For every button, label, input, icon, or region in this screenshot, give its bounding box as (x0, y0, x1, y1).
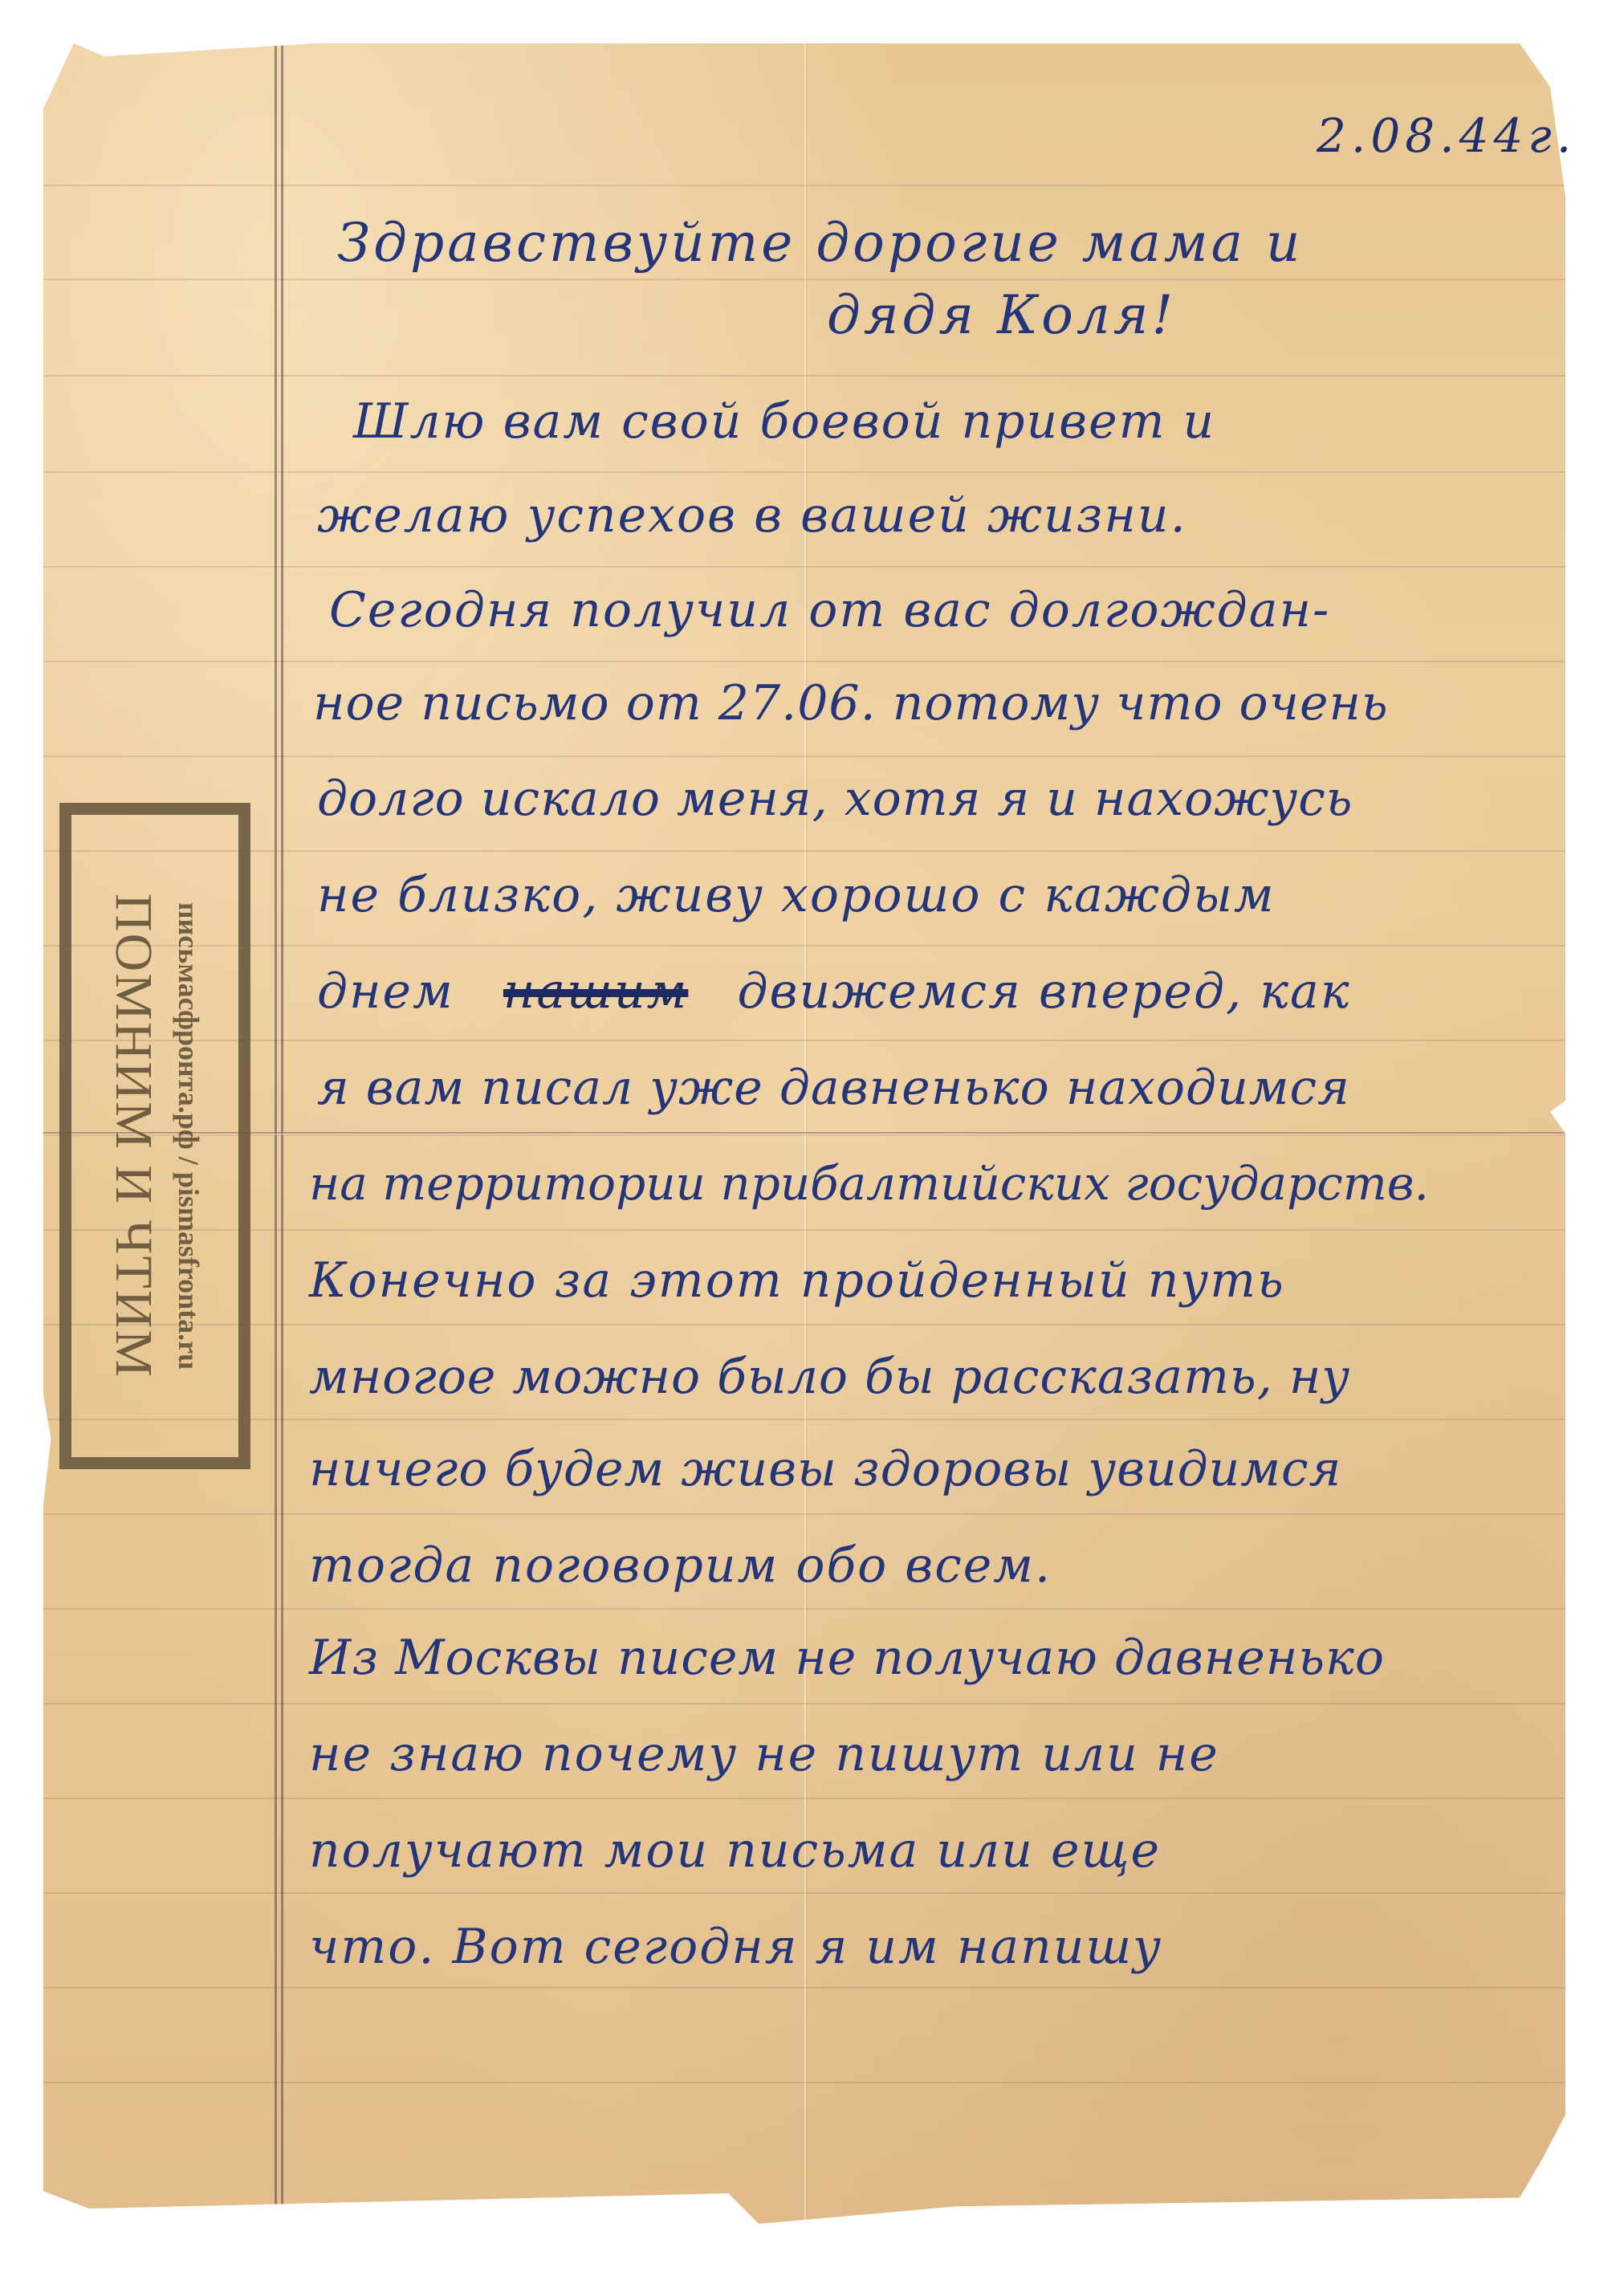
watermark-url: письмасфронта.рф / pismasfronta.ru (174, 902, 203, 1370)
letter-line: тогда поговорим обо всем. (309, 1541, 1052, 1590)
letter-line: многое можно было бы рассказать, ну (309, 1353, 1350, 1401)
letter-line: получают мои письма или еще (309, 1826, 1161, 1875)
letter-line: Сегодня получил от вас долгождан- (329, 586, 1330, 634)
letter-words: движемся вперед, как (738, 963, 1351, 1020)
letter-line: не близко, живу хорошо с каждым (317, 871, 1276, 919)
letter-line: Конечно за этот пройденный путь (309, 1256, 1285, 1305)
horizontal-fold-tear (43, 1132, 1565, 1135)
letter-line: ное письмо от 27.06. потому что очень (313, 679, 1389, 727)
letter-line: я вам писал уже давненько находимся (317, 1064, 1350, 1112)
letter-line: Из Москвы писем не получаю давненько (309, 1634, 1385, 1682)
letter-line: днем нашим движемся вперед, как (317, 967, 1351, 1016)
letter-date: 2.08.44г. (1317, 108, 1576, 163)
letter-line: на территории прибалтийских государств. (309, 1160, 1429, 1207)
letter-line: Шлю вам свой боевой привет и (353, 397, 1215, 446)
scanned-letter: 2.08.44г. Здравствуйте дорогие мама и дя… (0, 0, 1624, 2272)
salutation-line-1: Здравствуйте дорогие мама и (337, 217, 1303, 270)
watermark-title: ПОМНИМ И ЧТИМ (107, 894, 160, 1378)
salutation-line-2: дядя Коля! (827, 289, 1176, 342)
letter-line: долго искало меня, хотя я и нахожусь (317, 775, 1353, 823)
letter-line: желаю успехов в вашей жизни. (317, 491, 1187, 539)
aged-paper-sheet (43, 43, 1565, 2224)
letter-line: что. Вот сегодня я им напишу (309, 1923, 1162, 1971)
struck-out-word: нашим (503, 963, 689, 1020)
letter-line: не знаю почему не пишут или не (309, 1730, 1219, 1778)
letter-line: ничего будем живы здоровы увидимся (309, 1445, 1341, 1493)
watermark-stamp: ПОМНИМ И ЧТИМ письмасфронта.рф / pismasf… (59, 803, 250, 1469)
letter-word: днем (317, 963, 454, 1020)
